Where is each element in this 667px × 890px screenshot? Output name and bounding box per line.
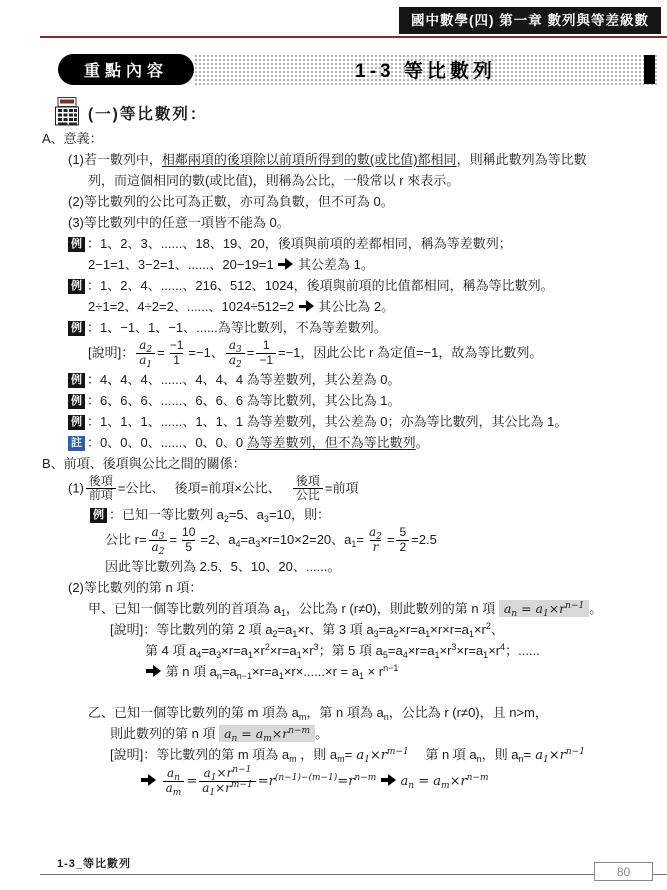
arrow-icon xyxy=(381,774,396,786)
banner-end-cap xyxy=(644,55,655,84)
math-text: a2a1 xyxy=(134,346,157,361)
textbook-page: 國中數學(四) 第一章 數列與等差級數 1-3 等比數列 重點內容 xyxy=(0,0,667,890)
text-line: (1)後項前項=公比、 後項=前項×公比、 後項公比=前項 xyxy=(68,474,659,505)
fraction: a3a2 xyxy=(226,339,245,368)
text-line: anam=a1×rn−1a1×rm−1=r(n−1)−(m−1)=rn−m an… xyxy=(140,766,659,797)
text-line: 則此數列的第 n 項 an = am×rn−m。 xyxy=(110,723,659,744)
fraction: a3a2 xyxy=(149,526,168,555)
arrow-icon xyxy=(146,665,161,677)
text-line: (1)若一數列中，相鄰兩項的後項除以前項所得到的數(或比值)都相同，則稱此數列為… xyxy=(68,149,659,170)
formula-highlight: an = am×rn−m xyxy=(219,725,315,742)
math-text: a3a2 xyxy=(147,533,170,548)
text-line: 公比 r=a3a2=105=2、a4=a3×r=10×2=20、a1=a2r=5… xyxy=(105,525,659,556)
text-line: (2)等比數列的第 n 項： xyxy=(68,577,659,598)
text-line: 註：0、0、0、......、0、0、0 為等差數列，但不為等比數列。 xyxy=(68,432,659,453)
text-line: 甲、已知一個等比數列的首項為 a1，公比為 r (r≠0)，則此數列的第 n 項… xyxy=(88,598,659,619)
text-line: 第 4 項 a4=a3×r=a1×r2×r=a1×r3；第 5 項 a5=a4×… xyxy=(145,640,659,661)
example-badge: 例 xyxy=(68,321,85,336)
section-title: 1-3 等比數列 xyxy=(355,56,496,83)
example-badge: 例 xyxy=(68,373,85,388)
fraction: anam xyxy=(163,767,185,796)
section-banner: 1-3 等比數列 重點內容 xyxy=(58,54,657,85)
header-rule xyxy=(40,36,667,38)
math-text: a1×rm−1 xyxy=(352,748,409,763)
example-badge: 例 xyxy=(68,237,85,252)
fraction: 52 xyxy=(396,526,409,555)
fraction: −11 xyxy=(167,339,187,368)
example-badge: 例 xyxy=(68,415,85,430)
arrow-icon xyxy=(141,774,156,786)
section-heading-row: (一)等比數列： xyxy=(55,97,207,129)
section-heading: (一)等比數列： xyxy=(88,102,207,124)
fraction: a2a1 xyxy=(136,339,155,368)
text-line: 因此等比數列為 2.5、5、10、20、......。 xyxy=(105,556,659,577)
formula-highlight: an = a1×rn−1 xyxy=(499,600,589,617)
math-text: a1×rn−1 xyxy=(531,748,585,763)
example-badge: 例 xyxy=(90,508,107,523)
footer-label: 1-3_等比數列 xyxy=(57,855,131,871)
page-number-box: 80 xyxy=(594,862,653,881)
text-line: [說明]：等比數列的第 m 項為 am ，則 am= a1×rm−1 第 n 項… xyxy=(110,744,659,766)
underlined-text: 為等差數列，但不為等比數列 xyxy=(247,435,416,450)
fraction: 1−1 xyxy=(256,339,276,368)
text-line: 列，而這個相同的數(或比值)，則稱為公比，一般常以 r 來表示。 xyxy=(88,170,659,191)
math-text: an = am×rn−m xyxy=(401,774,489,789)
chapter-title: 國中數學(四) 第一章 數列與等差級數 xyxy=(411,13,649,28)
label-A: A、意義： xyxy=(42,128,659,149)
topic-pill: 重點內容 xyxy=(58,54,194,85)
text-line: 例：1、2、3、......、18、19、20，後項與前項的差都相同，稱為等差數… xyxy=(68,233,659,254)
note-badge: 註 xyxy=(68,436,85,451)
text-line: 例：6、6、6、......、6、6、6 為等比數列，其公比為 1。 xyxy=(68,390,659,411)
topic-pill-label: 重點內容 xyxy=(84,58,168,81)
example-badge: 例 xyxy=(68,279,85,294)
text-line: 2÷1=2、4÷2=2、......、1024÷512=2 其公比為 2。 xyxy=(88,296,659,317)
text-line: 例：1、1、1、......、1、1、1 為等差數列，其公差為 0；亦為等比數列… xyxy=(68,411,659,432)
math-text: a2r xyxy=(364,533,387,548)
text-line: [說明]：a2a1=−11=−1、a3a2=1−1=−1，因此公比 r 為定值=… xyxy=(88,338,659,369)
text-line: [說明]：等比數列的第 2 項 a2=a1×r、第 3 項 a3=a2×r=a1… xyxy=(110,619,659,640)
math-text: anam=a1×rn−1a1×rm−1=r(n−1)−(m−1)=rn−m xyxy=(161,774,377,789)
fraction: a2r xyxy=(366,526,385,555)
text-line: 乙、已知一個等比數列的第 m 項為 am，第 n 項為 an，公比為 r (r≠… xyxy=(88,702,659,723)
arrow-icon xyxy=(299,300,314,312)
fraction: 後項前項 xyxy=(86,475,116,504)
text-line: (3)等比數列中的任意一項皆不能為 0。 xyxy=(68,212,659,233)
chapter-header: 國中數學(四) 第一章 數列與等差級數 xyxy=(399,7,661,34)
footer-rule xyxy=(40,874,667,875)
fraction: 105 xyxy=(179,526,198,555)
banner-halftone: 1-3 等比數列 xyxy=(194,54,657,85)
underlined-text: 相鄰兩項的後項除以前項所得到的數(或比值)都相同 xyxy=(162,152,457,167)
text-line: 例：4、4、4、......、4、4、4 為等差數列，其公差為 0。 xyxy=(68,369,659,390)
text-line: 例：已知一等比數列 a2=5、a3=10，則： xyxy=(90,504,659,525)
math-text: a3a2 xyxy=(224,346,247,361)
fraction: 後項公比 xyxy=(293,475,323,504)
example-badge: 例 xyxy=(68,394,85,409)
page-number: 80 xyxy=(617,865,630,879)
text-line: 第 n 項 an=an−1×r=a1×r×......×r = a1 × rn−… xyxy=(145,661,659,682)
text-line: (2)等比數列的公比可為正數，亦可為負數，但不可為 0。 xyxy=(68,191,659,212)
text-line: 例：1、−1、1、−1、......為等比數列，不為等差數列。 xyxy=(68,317,659,338)
text-line: 2−1=1、3−2=1、......、20−19=1 其公差為 1。 xyxy=(88,254,659,275)
text-line: 例：1、2、4、......、216、512、1024，後項與前項的比值都相同，… xyxy=(68,275,659,296)
document-body: A、意義：(1)若一數列中，相鄰兩項的後項除以前項所得到的數(或比值)都相同，則… xyxy=(40,128,659,797)
calculator-icon xyxy=(55,97,79,129)
arrow-icon xyxy=(278,258,293,270)
label-B: B、前項、後項與公比之間的關係： xyxy=(42,453,659,474)
fraction: a1×rn−1a1×rm−1 xyxy=(199,767,256,796)
